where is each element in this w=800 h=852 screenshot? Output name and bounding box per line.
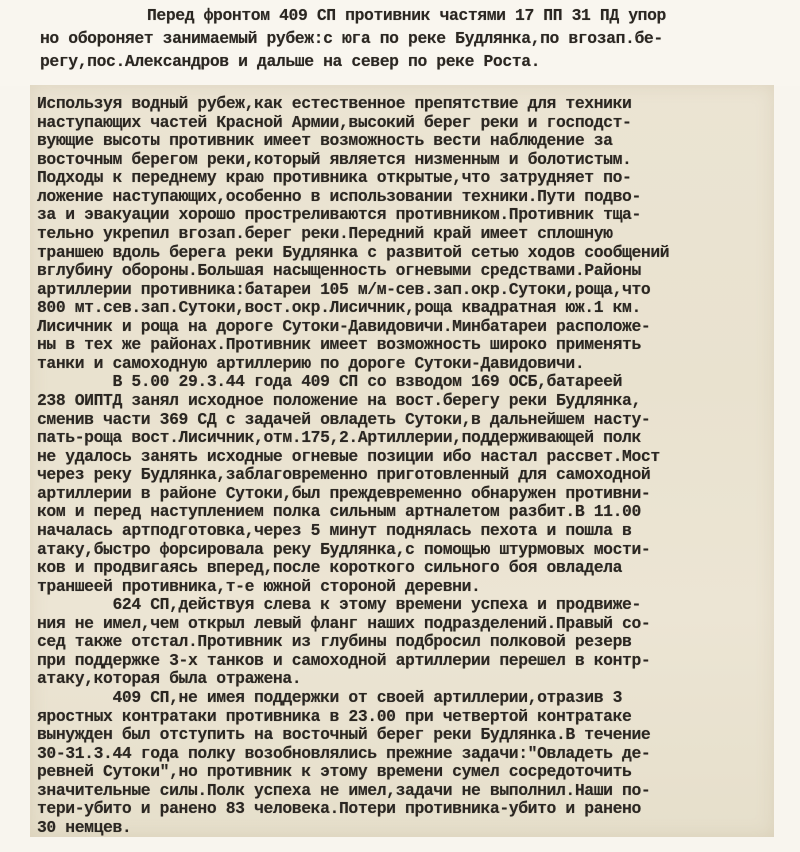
- body-line: Используя водный рубеж,как естественное …: [37, 94, 631, 114]
- body-line: артиллерии в районе Сутоки,был преждевре…: [37, 484, 650, 504]
- body-line: пать-роща вост.Лисичник,отм.175,2.Артилл…: [37, 428, 641, 448]
- body-line: ревней Сутоки",но противник к этому врем…: [37, 762, 631, 782]
- body-line: через реку Будлянка,заблаговременно приг…: [37, 465, 650, 485]
- body-line: восточным берегом реки,который является …: [37, 150, 631, 170]
- body-line: 30-31.3.44 года полку возобновлялись пре…: [37, 744, 650, 764]
- body-line: атаку,быстро форсировала реку Будлянка,с…: [37, 540, 650, 560]
- body-line: тери-убито и ранено 83 человека.Потери п…: [37, 799, 641, 819]
- body-line: танки и самоходную артиллерию по дороге …: [37, 354, 584, 374]
- body-line: не удалось занять исходные огневые позиц…: [37, 447, 660, 467]
- body-line: наступающих частей Красной Армии,высокий…: [37, 113, 631, 133]
- body-line: атаку,которая была отражена.: [37, 669, 301, 689]
- body-line: траншею вдоль берега реки Будлянка с раз…: [37, 243, 669, 263]
- body-line: вынужден был отступить на восточный бере…: [37, 725, 650, 745]
- body-line: сменив части 369 СД с задачей овладеть С…: [37, 410, 650, 430]
- body-line: артиллерии противника:батареи 105 м/м-се…: [37, 280, 650, 300]
- body-line: ком и перед наступлением полка сильным а…: [37, 502, 641, 522]
- body-line: 30 немцев.: [37, 818, 131, 838]
- body-line: 624 СП,действуя слева к этому времени ус…: [37, 595, 641, 615]
- body-line: началась артподготовка,через 5 минут под…: [37, 521, 631, 541]
- body-line: ны в тех же районах.Противник имеет возм…: [37, 335, 641, 355]
- body-line: за и эвакуации хорошо простреливаются пр…: [37, 205, 641, 225]
- body-line: вующие высоты противник имеет возможност…: [37, 131, 613, 151]
- body-line: Лисичник и роща на дороге Сутоки-Давидов…: [37, 317, 650, 337]
- body-line: вглубину обороны.Большая насыщенность ог…: [37, 261, 641, 281]
- header-line: Перед фронтом 409 СП противник частями 1…: [147, 6, 666, 26]
- header-line: регу,пос.Александров и дальше на север п…: [40, 52, 540, 72]
- body-line: яростных контратаки противника в 23.00 п…: [37, 707, 631, 727]
- body-line: сед также отстал.Противник из глубины по…: [37, 632, 631, 652]
- body-line: 409 СП,не имея поддержки от своей артилл…: [37, 688, 622, 708]
- header-paper-strip: Перед фронтом 409 СП противник частями 1…: [0, 0, 800, 86]
- body-line: Подходы к переднему краю противника откр…: [37, 168, 631, 188]
- body-line: траншеей противника,т-е южной стороной д…: [37, 577, 481, 597]
- body-line: ков и продвигаясь вперед,после короткого…: [37, 558, 622, 578]
- body-line: 800 мт.сев.зап.Сутоки,вост.окр.Лисичник,…: [37, 298, 641, 318]
- body-line: ния не имел,чем открыл левый фланг наших…: [37, 614, 650, 634]
- header-line: но обороняет занимаемый рубеж:с юга по р…: [40, 29, 663, 49]
- body-line: ложение наступающих,особенно в использов…: [37, 187, 641, 207]
- body-line: тельно укрепил вгозап.берег реки.Передни…: [37, 224, 613, 244]
- body-line: 238 ОИПТД занял исходное положение на во…: [37, 391, 641, 411]
- body-line: при поддержке 3-х танков и самоходной ар…: [37, 651, 650, 671]
- body-line: В 5.00 29.3.44 года 409 СП со взводом 16…: [37, 372, 622, 392]
- body-line: значительные силы.Полк успеха не имел,за…: [37, 781, 650, 801]
